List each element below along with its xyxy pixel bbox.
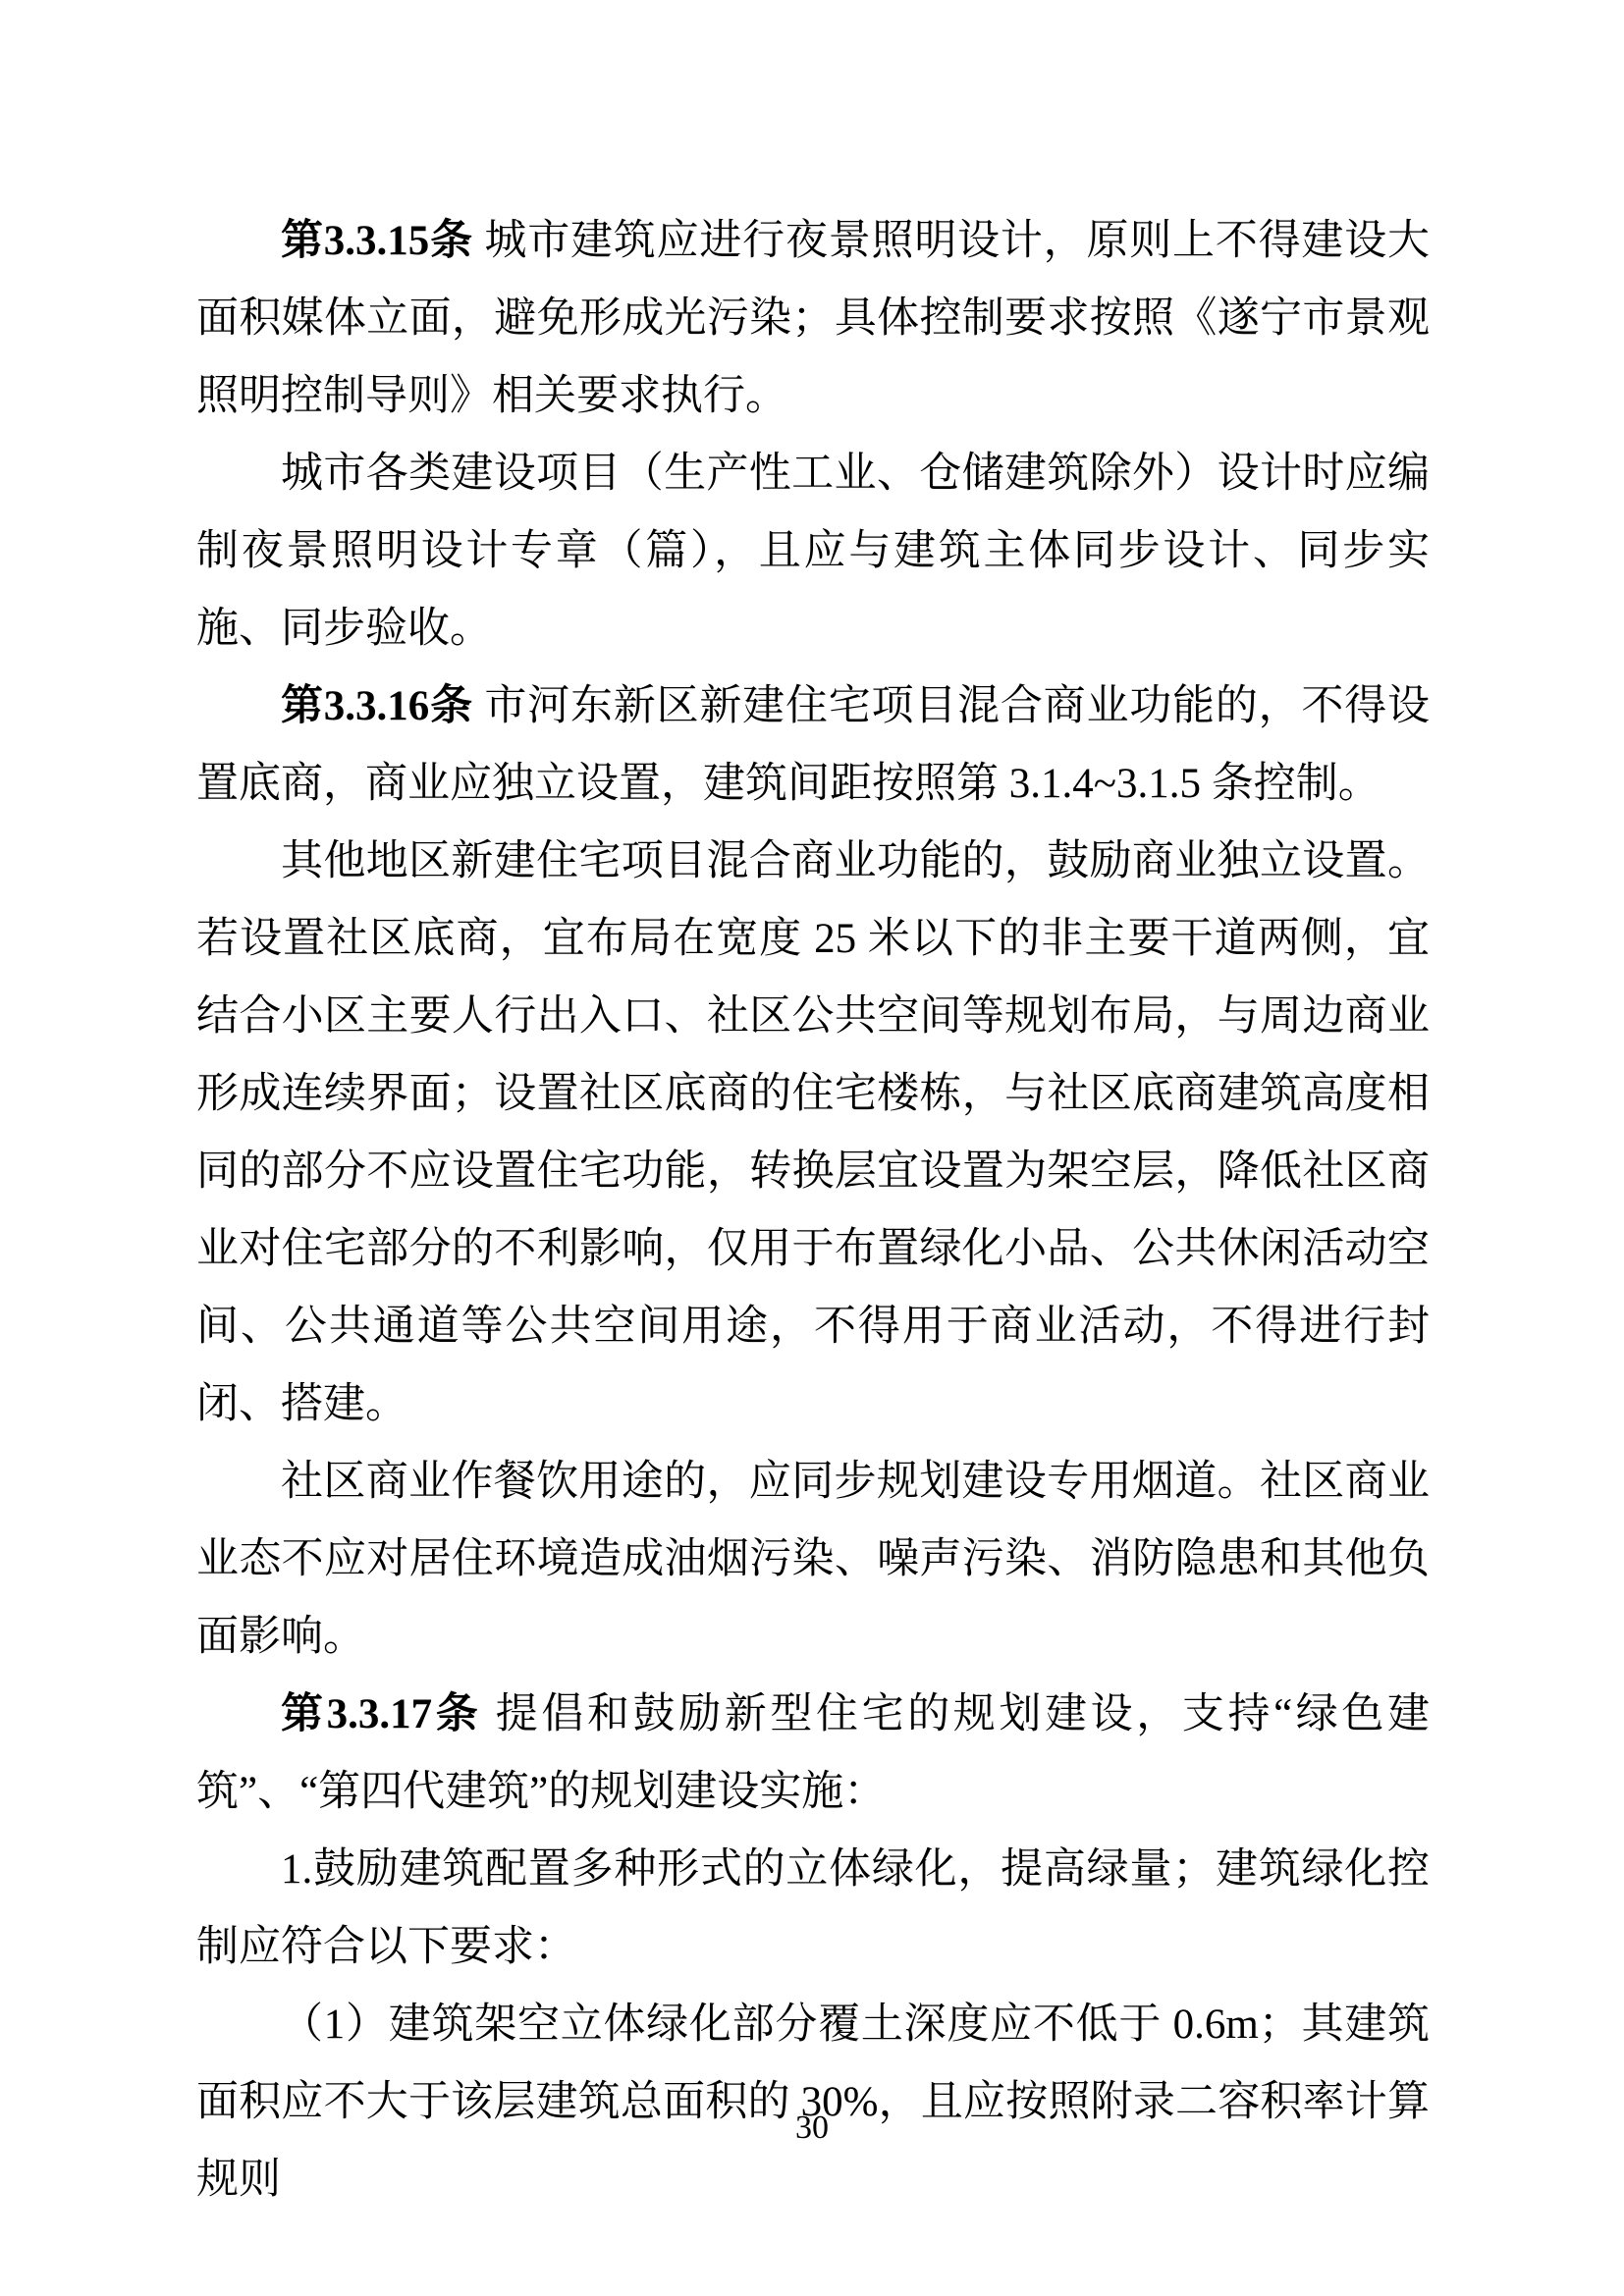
- article-number-3-3-16: 第3.3.16条: [281, 683, 473, 729]
- paragraph-subitem-1-stilt-greening: （1）建筑架空立体绿化部分覆土深度应不低于 0.6m；其建筑面积应不大于该层建筑…: [196, 1986, 1430, 2218]
- paragraph-text: 其他地区新建住宅项目混合商业功能的，鼓励商业独立设置。若设置社区底商，宜布局在宽…: [196, 838, 1430, 1427]
- document-body: 第3.3.15条 城市建筑应进行夜景照明设计，原则上不得建设大面积媒体立面，避免…: [196, 202, 1430, 2218]
- paragraph-community-commerce-layout: 其他地区新建住宅项目混合商业功能的，鼓励商业独立设置。若设置社区底商，宜布局在宽…: [196, 823, 1430, 1443]
- article-number-3-3-15: 第3.3.15条: [281, 218, 473, 264]
- paragraph-item-1-greening: 1.鼓励建筑配置多种形式的立体绿化，提高绿量；建筑绿化控制应符合以下要求：: [196, 1831, 1430, 1986]
- page-number: 30: [795, 2109, 829, 2146]
- paragraph-text: （1）建筑架空立体绿化部分覆土深度应不低于 0.6m；其建筑面积应不大于该层建筑…: [196, 2002, 1430, 2203]
- article-number-3-3-17: 第3.3.17条: [281, 1691, 481, 1737]
- paragraph-night-lighting-projects: 城市各类建设项目（生产性工业、仓储建筑除外）设计时应编制夜景照明设计专章（篇），…: [196, 435, 1430, 667]
- document-page: 第3.3.15条 城市建筑应进行夜景照明设计，原则上不得建设大面积媒体立面，避免…: [0, 0, 1624, 2296]
- paragraph-article-3-3-15: 第3.3.15条 城市建筑应进行夜景照明设计，原则上不得建设大面积媒体立面，避免…: [196, 202, 1430, 435]
- paragraph-article-3-3-16: 第3.3.16条 市河东新区新建住宅项目混合商业功能的，不得设置底商，商业应独立…: [196, 667, 1430, 823]
- paragraph-article-3-3-17: 第3.3.17条 提倡和鼓励新型住宅的规划建设，支持“绿色建筑”、“第四代建筑”…: [196, 1676, 1430, 1831]
- paragraph-text: 城市各类建设项目（生产性工业、仓储建筑除外）设计时应编制夜景照明设计专章（篇），…: [196, 451, 1430, 652]
- paragraph-text: 1.鼓励建筑配置多种形式的立体绿化，提高绿量；建筑绿化控制应符合以下要求：: [196, 1846, 1430, 1970]
- paragraph-community-commerce-catering: 社区商业作餐饮用途的，应同步规划建设专用烟道。社区商业业态不应对居住环境造成油烟…: [196, 1443, 1430, 1676]
- paragraph-text: 社区商业作餐饮用途的，应同步规划建设专用烟道。社区商业业态不应对居住环境造成油烟…: [196, 1459, 1430, 1660]
- page-footer: 30: [0, 2109, 1624, 2148]
